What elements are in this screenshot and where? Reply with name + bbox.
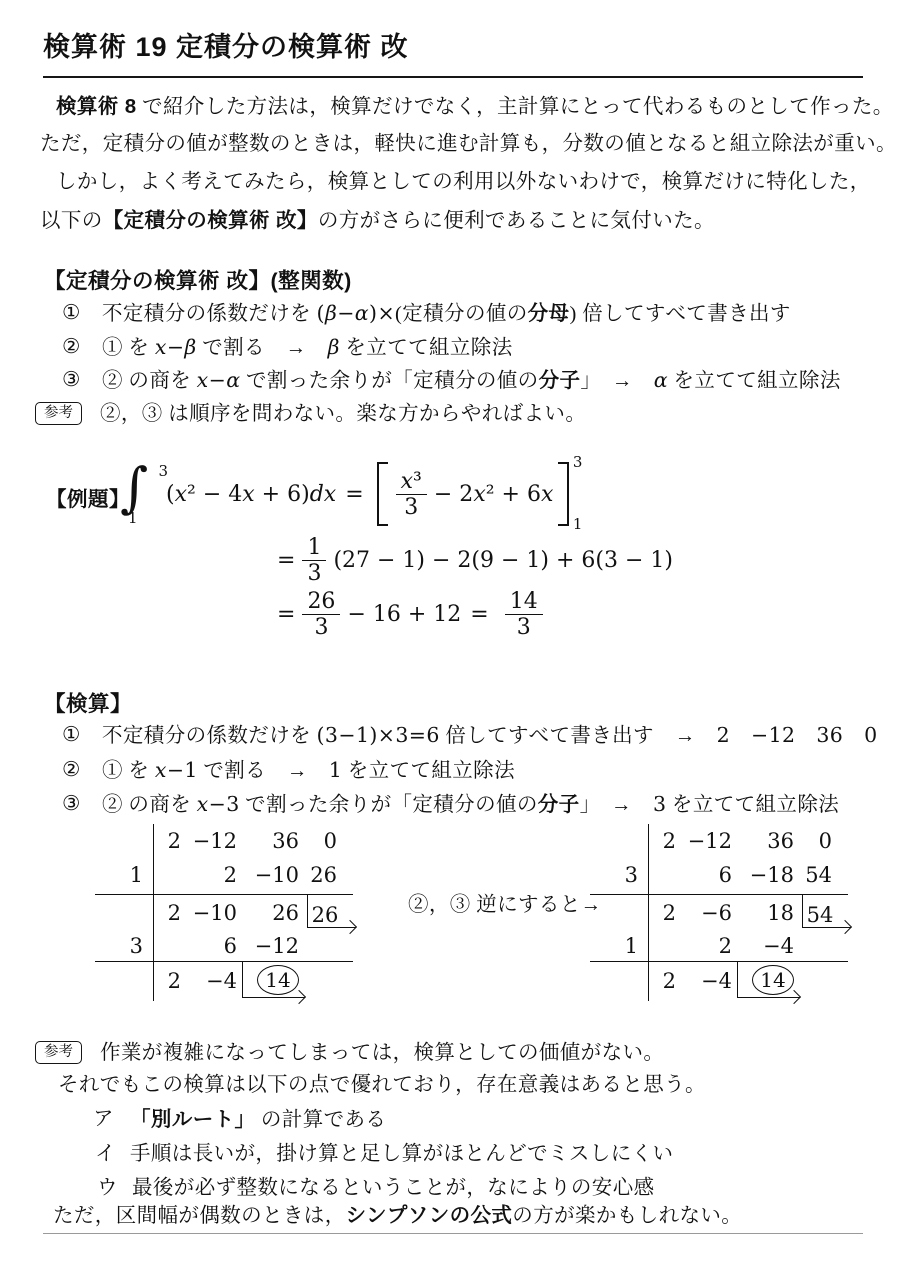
- outro-last-line: ただ，区間幅が偶数のときは，シンプソンの公式の方が楽かもしれない。: [53, 1203, 742, 1230]
- table-cell: 2: [155, 828, 181, 854]
- remainder-value: 54: [804, 902, 836, 928]
- fraction-denominator: 3: [404, 495, 418, 519]
- fraction-numerator: 14: [505, 590, 543, 615]
- table-cell: −10: [241, 862, 299, 888]
- integral-sign: ∫ 3 1: [118, 465, 166, 523]
- fraction-1-over-3: 1 3: [302, 536, 326, 585]
- multiplier-cell: 3: [103, 933, 143, 959]
- synthetic-division-table-left: 2 −12 36 0 1 2 −10 26 2 −10 26 26 3 6 −1…: [95, 824, 405, 1006]
- check-step1-marker: ①: [62, 723, 81, 749]
- method-step2-text: ① を x−β で割る → β を立てて組立除法: [102, 335, 513, 362]
- method-step3-text: ② の商を x−α で割った余りが「定積分の値の分子」 → α を立てて組立除法: [102, 368, 841, 395]
- left-bracket: [377, 462, 388, 526]
- outro-line-2: それでもこの検算は以下の点で優れており，存在意義はあると思う。: [58, 1073, 706, 1099]
- table-cell: 0: [303, 828, 337, 854]
- item-a-text: 「別ルート」 の計算である: [130, 1107, 386, 1134]
- table-cell: 6: [183, 933, 237, 959]
- fraction-denominator: 3: [517, 615, 531, 639]
- table-horizontal-line-2: [590, 961, 848, 962]
- right-bracket: 3 1: [558, 462, 569, 526]
- check-step1-text: 不定積分の係数だけを (3−1)×3=6 倍してすべて書き出す → 2 −12 …: [102, 723, 878, 750]
- equals-sign: =: [277, 548, 295, 573]
- fraction-numerator: 1: [302, 536, 326, 561]
- table-cell: 2: [650, 968, 676, 994]
- table-cell: 2: [650, 900, 676, 926]
- fraction-x3-over-3: x³ 3: [396, 470, 427, 519]
- multiplier-cell: 1: [598, 933, 638, 959]
- table-cell: 2: [678, 933, 732, 959]
- table-cell: 2: [183, 862, 237, 888]
- intro-line-2: ただ，定積分の値が整数のときは，軽快に進む計算も，分数の値となると組立除法が重い…: [40, 132, 897, 158]
- example-equation-line3: = 26 3 − 16 + 12 = 14 3: [277, 590, 550, 638]
- equals-sign: =: [277, 602, 295, 627]
- table-cell: 2: [155, 900, 181, 926]
- integrand: (x² − 4x + 6)dx: [166, 482, 336, 507]
- document-page: 検算術 19 定積分の検算術 改 検算術 8 で紹介した方法は，検算だけでなく，…: [0, 0, 906, 1280]
- example-equation-line1: ∫ 3 1 (x² − 4x + 6)dx = x³ 3 − 2x² + 6x …: [118, 464, 569, 524]
- intro-line-3: しかし，よく考えてみたら，検算としての利用以外ないわけで，検算だけに特化した，: [56, 170, 871, 196]
- bracket-lower-limit: 1: [573, 515, 583, 533]
- table-cell: −12: [241, 933, 299, 959]
- table-cell: 54: [798, 862, 832, 888]
- equals-sign: =: [470, 602, 488, 627]
- fraction-numerator: 26: [302, 590, 340, 615]
- example-equation-line2: = 1 3 (27 − 1) − 2(9 − 1) + 6(3 − 1): [277, 536, 673, 584]
- outro-note-text: 作業が複雑になってしまっては，検算としての価値がない。: [100, 1041, 664, 1067]
- table-cell: 0: [798, 828, 832, 854]
- table-cell: 26: [303, 862, 337, 888]
- method-step3-marker: ③: [62, 368, 81, 394]
- table-cell: 36: [241, 828, 299, 854]
- table-cell: −4: [736, 933, 794, 959]
- table-vertical-line: [648, 824, 649, 1001]
- tables-middle-label: ②，③ 逆にすると→: [408, 893, 602, 919]
- check-step3-marker: ③: [62, 792, 81, 818]
- integral-upper-limit: 3: [158, 462, 168, 480]
- table-cell: −18: [736, 862, 794, 888]
- synthetic-division-table-right: 2 −12 36 0 3 6 −18 54 2 −6 18 54 1 2 −4 …: [590, 824, 900, 1006]
- table-cell: 36: [736, 828, 794, 854]
- table-cell: −6: [678, 900, 732, 926]
- fraction-denominator: 3: [307, 561, 321, 585]
- check-step2-text: ① を x−1 で割る → 1 を立てて組立除法: [102, 758, 515, 785]
- circled-result: 14: [257, 965, 299, 995]
- table-cell: −4: [183, 968, 237, 994]
- table-cell: −4: [678, 968, 732, 994]
- item-c-text: 最後が必ず整数になるということが，なによりの安心感: [132, 1176, 655, 1202]
- equals-sign: =: [345, 482, 363, 507]
- method-heading: 【定積分の検算術 改】(整関数): [44, 264, 352, 295]
- table-cell: 26: [241, 900, 299, 926]
- table-vertical-line: [153, 824, 154, 1001]
- reference-badge-2: 参考: [35, 1041, 82, 1064]
- table-cell: 18: [736, 900, 794, 926]
- item-b-marker: イ: [95, 1142, 116, 1168]
- table-cell: 6: [678, 862, 732, 888]
- line3-middle: − 16 + 12: [347, 602, 461, 627]
- fraction-26-over-3: 26 3: [302, 590, 340, 639]
- method-note-text: ②，③ は順序を問わない。楽な方からやればよい。: [100, 402, 586, 428]
- integral-lower-limit: 1: [128, 509, 138, 527]
- circled-result: 14: [752, 965, 794, 995]
- line2-expression: (27 − 1) − 2(9 − 1) + 6(3 − 1): [333, 548, 673, 573]
- fraction-denominator: 3: [314, 615, 328, 639]
- method-step2-marker: ②: [62, 335, 81, 361]
- item-c-marker: ウ: [97, 1176, 118, 1202]
- page-title: 検算術 19 定積分の検算術 改: [43, 25, 409, 64]
- bracket-upper-limit: 3: [573, 453, 583, 471]
- antiderivative-rest: − 2x² + 6x: [434, 482, 554, 507]
- fraction-14-over-3: 14 3: [505, 590, 543, 639]
- method-step1-text: 不定積分の係数だけを (β−α)×(定積分の値の分母) 倍してすべて書き出す: [102, 301, 791, 328]
- check-step3-text: ② の商を x−3 で割った余りが「定積分の値の分子」 → 3 を立てて組立除法: [102, 792, 839, 819]
- multiplier-cell: 3: [598, 862, 638, 888]
- bottom-divider: [43, 1233, 863, 1234]
- check-heading: 【検算】: [44, 687, 132, 718]
- table-cell: −12: [678, 828, 732, 854]
- table-horizontal-line-2: [95, 961, 353, 962]
- table-cell: −10: [183, 900, 237, 926]
- item-b-text: 手順は長いが，掛け算と足し算がほとんどでミスしにくい: [130, 1142, 673, 1168]
- item-a-marker: ア: [93, 1107, 114, 1133]
- reference-badge-1: 参考: [35, 402, 82, 425]
- fraction-numerator: x³: [396, 470, 427, 495]
- method-step1-marker: ①: [62, 301, 81, 327]
- multiplier-cell: 1: [103, 862, 143, 888]
- title-divider: [43, 76, 863, 78]
- intro-line-4: 以下の【定積分の検算術 改】の方がさらに便利であることに気付いた。: [40, 208, 715, 235]
- remainder-value: 26: [309, 902, 341, 928]
- table-cell: 2: [650, 828, 676, 854]
- table-cell: 2: [155, 968, 181, 994]
- table-cell: −12: [183, 828, 237, 854]
- check-step2-marker: ②: [62, 758, 81, 784]
- intro-line-1: 検算術 8 で紹介した方法は，検算だけでなく，主計算にとって代わるものとして作っ…: [56, 94, 894, 121]
